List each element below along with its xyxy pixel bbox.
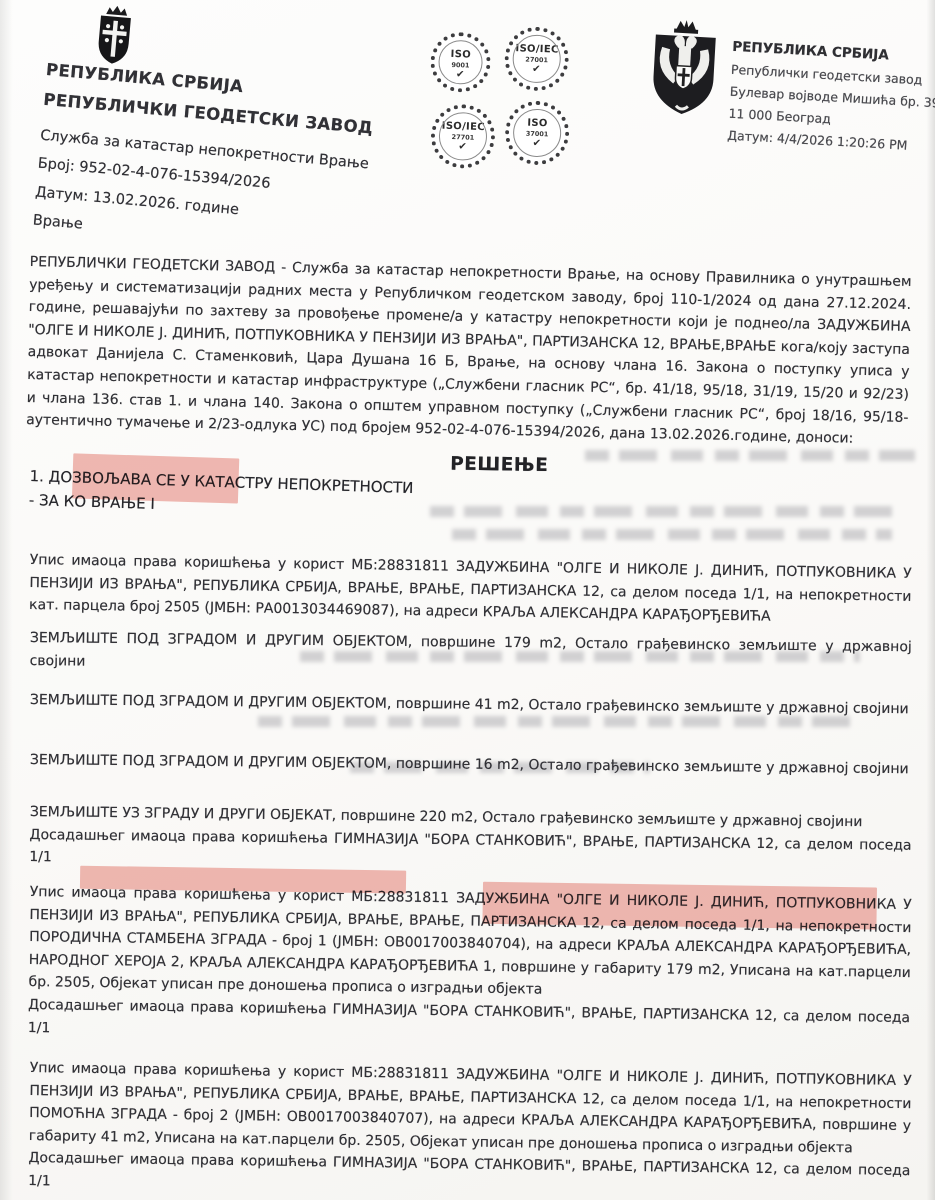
stamp-number: 27701 [432,132,494,142]
stamp-label: ISO [432,48,490,61]
checkmark-icon: ✔ [506,137,568,150]
iso-27701-stamp-icon: ISO/IEC 27701 ✔ [431,104,495,168]
stamp-number: 37001 [506,129,568,139]
stamp-label: ISO [506,117,568,130]
highlight-marker [482,882,877,930]
paragraph-building-2: Упис имаоца права коришћења у корист МБ:… [28,1057,912,1200]
case-date: Датум: 13.02.2026. године [35,184,240,218]
highlight-marker [80,866,406,894]
agency-name: РЕПУБЛИЧКИ ГЕОДЕТСКИ ЗАВОД [43,90,374,138]
republic-name: РЕПУБЛИКА СРБИЈА [732,39,889,64]
stamp-number: 9001 [431,60,489,70]
checkmark-icon: ✔ [431,140,493,153]
stamp-number: 27001 [506,55,568,65]
paragraph-building-1: Упис имаоца права коришћења у корист МБ:… [28,881,912,1052]
checkmark-icon: ✔ [505,63,567,76]
paragraph-parcel-entry: Упис имаоца права коришћења у корист МБ:… [29,549,912,631]
agency-name: Републички геодетски завод [731,62,923,88]
scanned-document-page: РЕПУБЛИКА СРБИЈА РЕПУБЛИЧКИ ГЕОДЕТСКИ ЗА… [0,0,935,1200]
stamp-label: ISO/IEC [506,43,568,56]
header-right: РЕПУБЛИКА СРБИЈА Републички геодетски за… [648,14,933,30]
case-number: Број: 952-02-4-076-15394/2026 [37,156,271,192]
highlight-marker [72,453,239,503]
republic-name: РЕПУБЛИКА СРБИЈА [45,60,244,96]
case-city: Врање [32,212,83,232]
checkmark-icon: ✔ [431,68,489,81]
iso-9001-stamp-icon: ISO 9001 ✔ [431,32,491,92]
serbia-coat-of-arms-small-icon [88,4,139,72]
header-left: РЕПУБЛИКА СРБИЈА РЕПУБЛИЧКИ ГЕОДЕТСКИ ЗА… [50,2,429,35]
paragraph-land-179: ЗЕМЉИШТЕ ПОД ЗГРАДОМ И ДРУГИМ ОБЈЕКТОМ, … [30,627,912,681]
iso-certification-stamps: ISO 9001 ✔ ISO/IEC 27001 ✔ ISO/IEC 27701… [419,20,605,191]
print-datetime: Датум: 4/4/2026 1:20:26 PM [727,128,908,153]
paragraph-land-16: ЗЕМЉИШТЕ ПОД ЗГРАДОМ И ДРУГИМ ОБЈЕКТОМ, … [30,749,912,781]
stamp-label: ISO/IEC [432,120,494,133]
building-2-text: Упис имаоца права коришћења у корист МБ:… [29,1057,912,1160]
serbia-coat-of-arms-large-icon [644,16,724,124]
iso-27001-stamp-icon: ISO/IEC 27001 ✔ [505,27,569,91]
iso-37001-stamp-icon: ISO 37001 ✔ [505,101,569,165]
intro-paragraph: РЕПУБЛИЧКИ ГЕОДЕТСКИ ЗАВОД - Служба за к… [26,251,912,452]
paragraph-land-41: ЗЕМЉИШТЕ ПОД ЗГРАДОМ И ДРУГИМ ОБЈЕКТОМ, … [30,689,912,721]
agency-address: Булевар војводе Мишића бр. 39 [729,84,935,111]
agency-city: 11 000 Београд [728,106,831,127]
